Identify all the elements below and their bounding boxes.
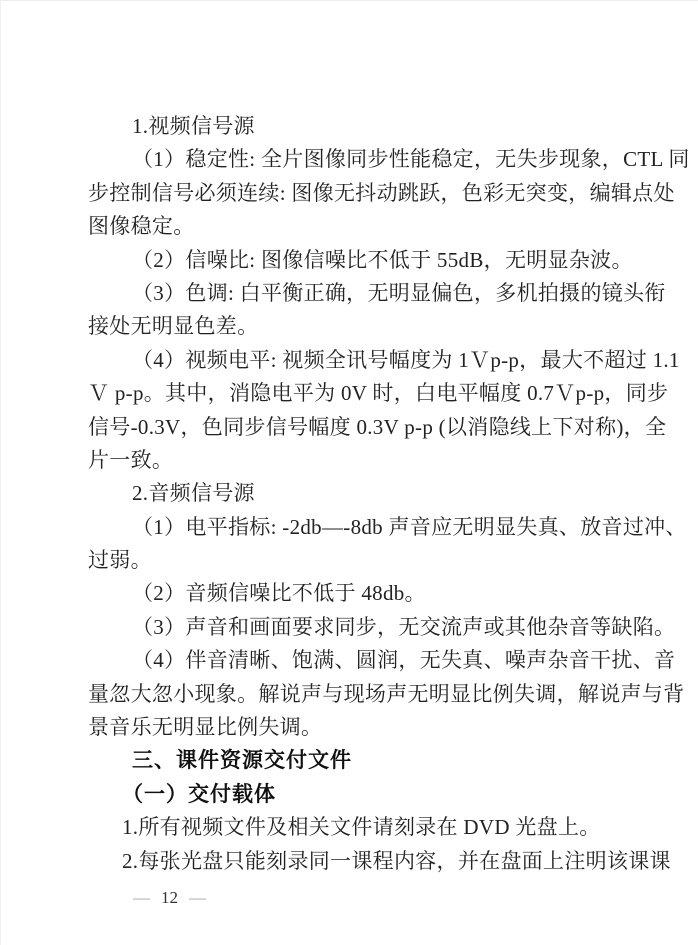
doc-line: Ｖ p-p。其中，消隐电平为 0V 时，白电平幅度 0.7Ｖp-p，同步: [88, 377, 628, 410]
doc-line: 信号-0.3V，色同步信号幅度 0.3V p-p (以消隐线上下对称)，全: [88, 411, 628, 444]
doc-line: （3）色调: 白平衡正确，无明显偏色，多机拍摄的镜头衔: [88, 277, 628, 310]
doc-line: 2.每张光盘只能刻录同一课程内容，并在盘面上注明该课课: [88, 845, 628, 878]
doc-line: 步控制信号必须连续: 图像无抖动跳跃，色彩无突变，编辑点处: [88, 177, 628, 210]
doc-line: 片一致。: [88, 444, 628, 477]
doc-line: （2）音频信噪比不低于 48db。: [88, 577, 628, 610]
page-footer: — 12 —: [133, 888, 206, 908]
subsection-heading: （一）交付载体: [88, 778, 628, 811]
footer-dash-right: —: [189, 888, 206, 908]
list-item-video-source: 1.视频信号源: [88, 110, 628, 143]
section-heading: 三、课件资源交付文件: [88, 744, 628, 777]
list-item-audio-source: 2.音频信号源: [88, 477, 628, 510]
doc-line: （2）信噪比: 图像信噪比不低于 55dB，无明显杂波。: [88, 244, 628, 277]
doc-line: 景音乐无明显比例失调。: [88, 711, 628, 744]
doc-line: 过弱。: [88, 544, 628, 577]
doc-line: （1）稳定性: 全片图像同步性能稳定，无失步现象，CTL 同: [88, 143, 628, 176]
document-body: 1.视频信号源 （1）稳定性: 全片图像同步性能稳定，无失步现象，CTL 同 步…: [88, 110, 628, 878]
page-number: 12: [161, 888, 178, 908]
doc-line: 量忽大忽小现象。解说声与现场声无明显比例失调，解说声与背: [88, 678, 628, 711]
doc-line: （4）伴音清晰、饱满、圆润，无失真、噪声杂音干扰、音: [88, 644, 628, 677]
footer-dash-left: —: [133, 888, 150, 908]
doc-line: （3）声音和画面要求同步，无交流声或其他杂音等缺陷。: [88, 611, 628, 644]
doc-line: 1.所有视频文件及相关文件请刻录在 DVD 光盘上。: [88, 811, 628, 844]
doc-line: 图像稳定。: [88, 210, 628, 243]
doc-line: 接处无明显色差。: [88, 310, 628, 343]
doc-line: （1）电平指标: -2db—-8db 声音应无明显失真、放音过冲、: [88, 511, 628, 544]
doc-line: （4）视频电平: 视频全讯号幅度为 1Ｖp-p，最大不超过 1.1: [88, 344, 628, 377]
document-page: 1.视频信号源 （1）稳定性: 全片图像同步性能稳定，无失步现象，CTL 同 步…: [0, 0, 698, 945]
